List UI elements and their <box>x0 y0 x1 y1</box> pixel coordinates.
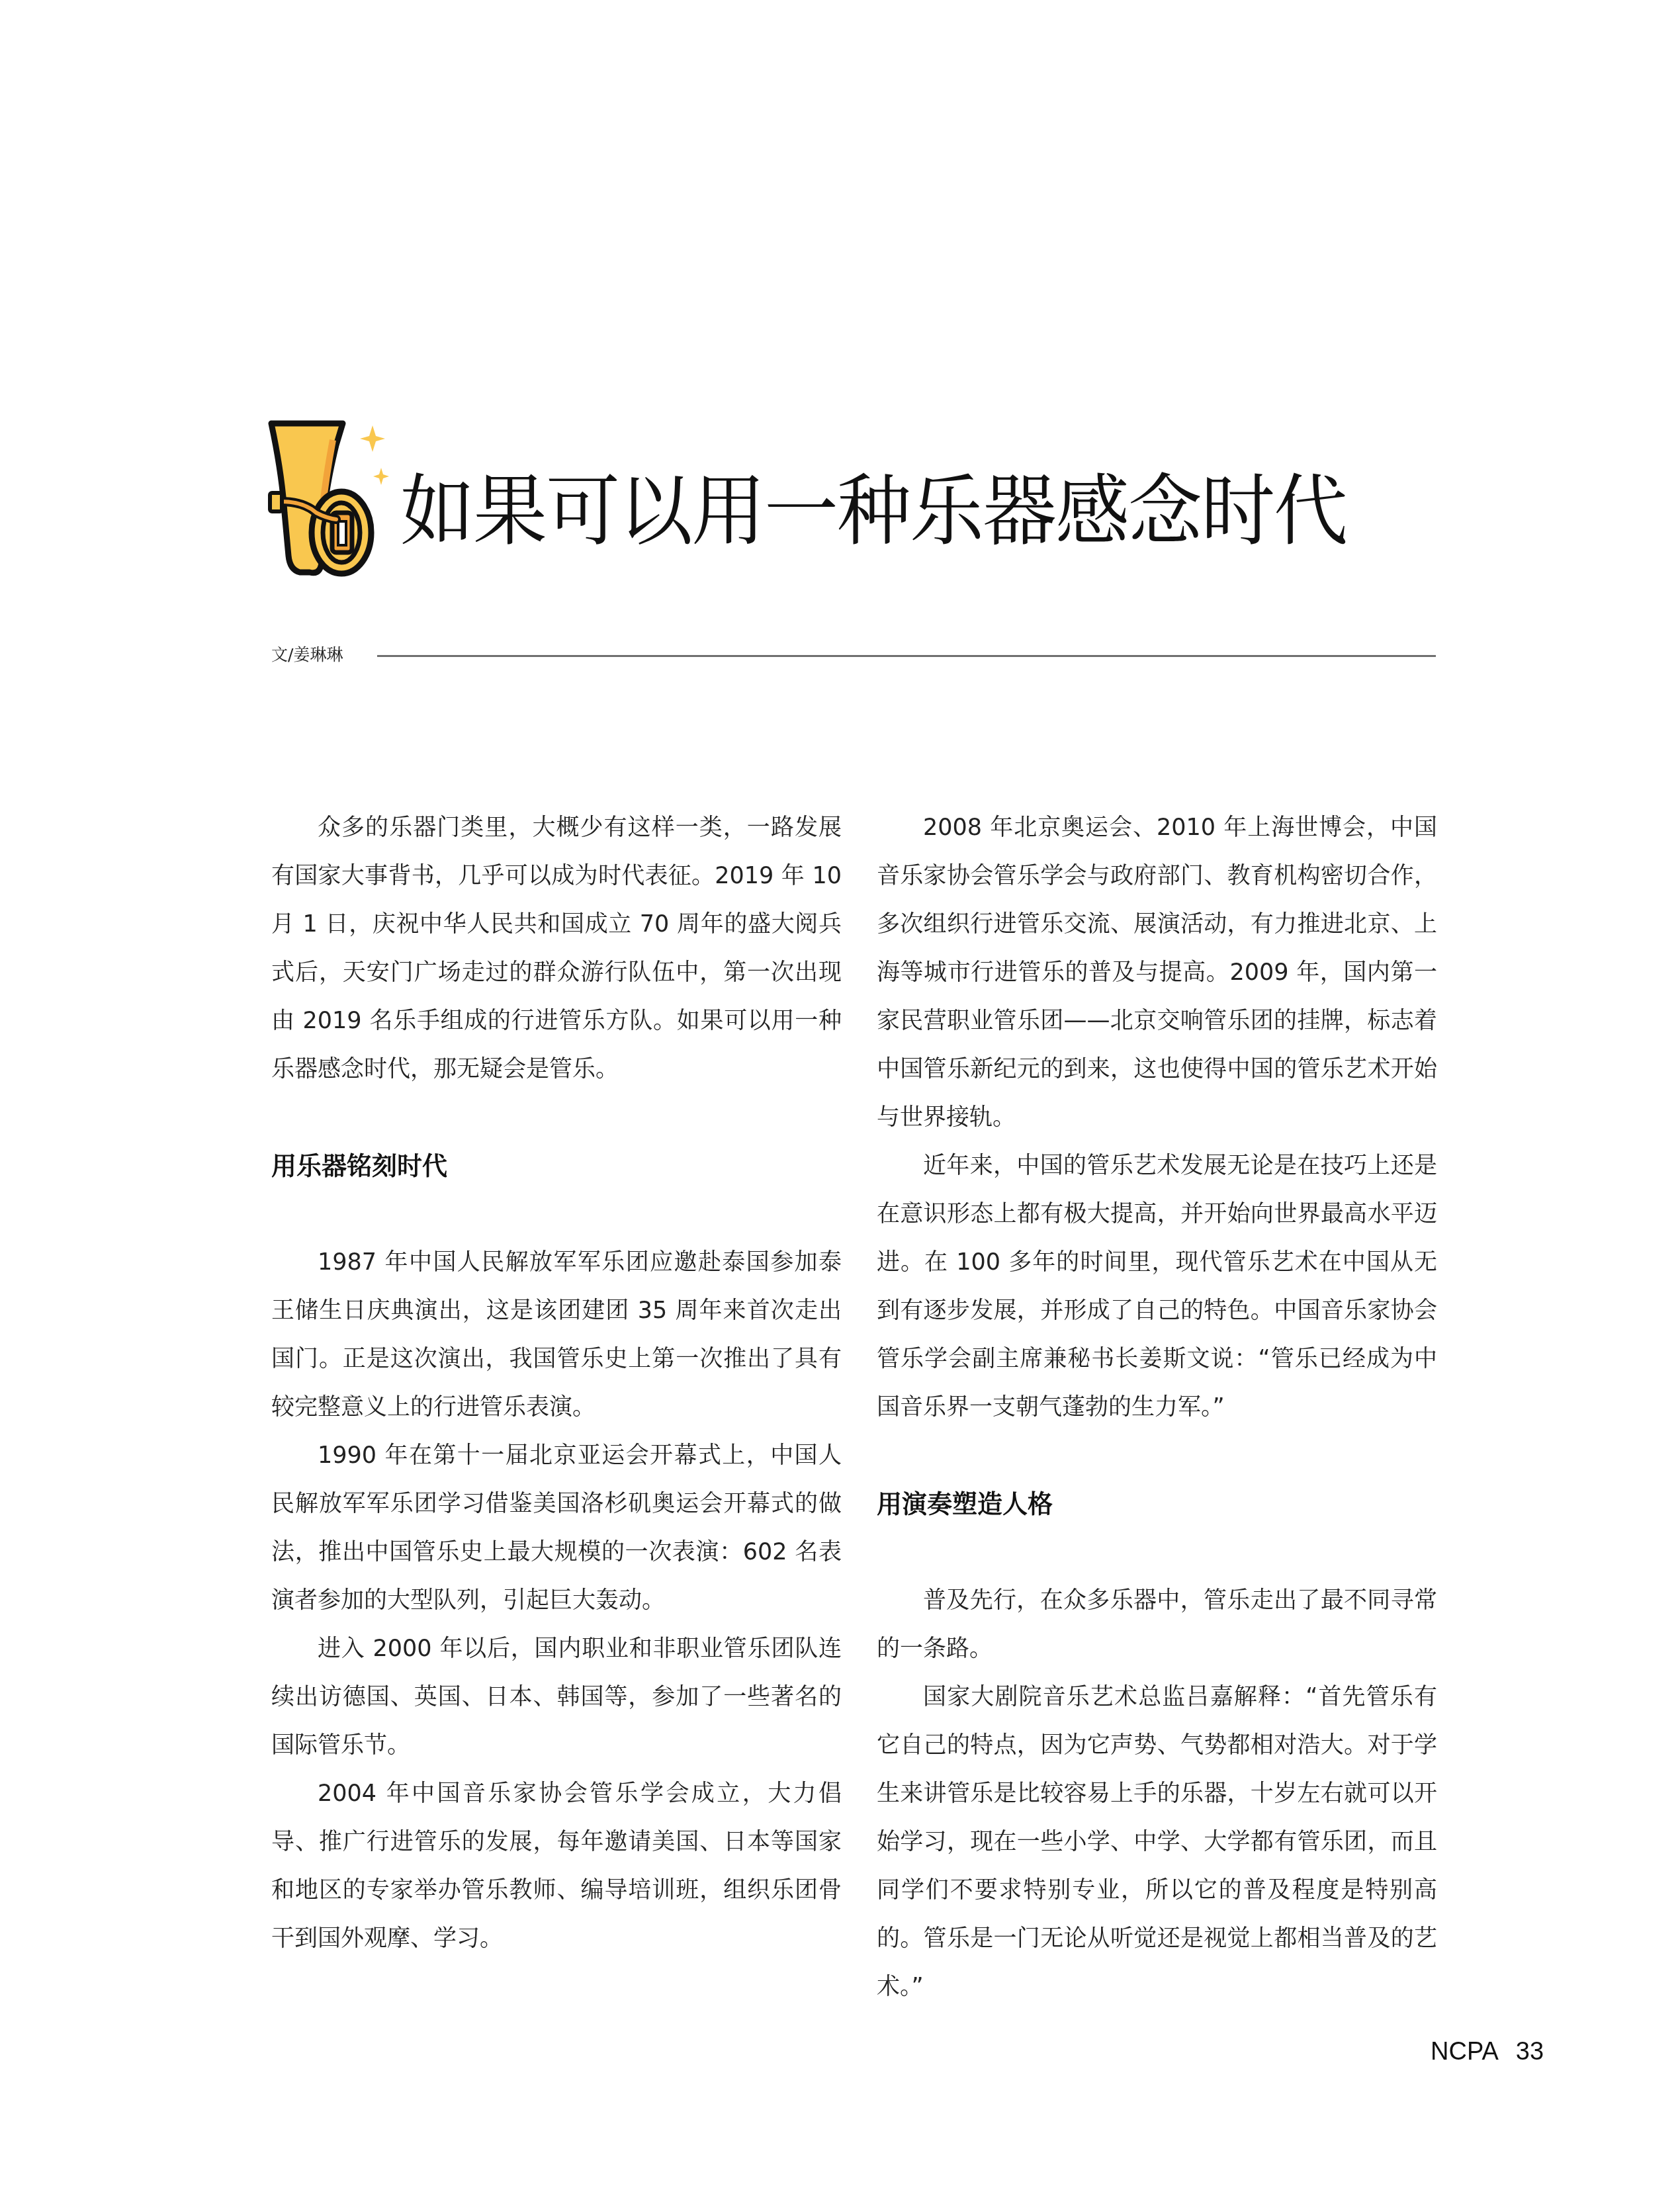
paragraph: 普及先行，在众多乐器中，管乐走出了最不同寻常的一条路。 <box>877 1577 1437 1673</box>
page-footer: NCPA33 <box>1431 2038 1544 2066</box>
paragraph: 进入 2000 年以后，国内职业和非职业管乐团队连续出访德国、英国、日本、韩国等… <box>271 1625 842 1770</box>
author-byline: 文/姜琳琳 <box>271 642 343 668</box>
section-heading-2: 用演奏塑造人格 <box>877 1480 1437 1528</box>
paragraph: 2008 年北京奥运会、2010 年上海世博会，中国音乐家协会管乐学会与政府部门… <box>877 804 1437 1142</box>
paragraph: 国家大剧院音乐艺术总监吕嘉解释：“首先管乐有它自己的特点，因为它声势、气势都相对… <box>877 1673 1437 2011</box>
page-number: 33 <box>1516 2038 1544 2066</box>
publication-name: NCPA <box>1431 2038 1499 2066</box>
paragraph: 1990 年在第十一届北京亚运会开幕式上，中国人民解放军军乐团学习借鉴美国洛杉矶… <box>271 1432 842 1625</box>
paragraph: 2004 年中国音乐家协会管乐学会成立，大力倡导、推广行进管乐的发展，每年邀请美… <box>271 1770 842 1963</box>
right-column: 2008 年北京奥运会、2010 年上海世博会，中国音乐家协会管乐学会与政府部门… <box>877 804 1437 2011</box>
left-column: 众多的乐器门类里，大概少有这样一类，一路发展有国家大事背书，几乎可以成为时代表征… <box>271 804 842 1963</box>
divider-rule <box>377 655 1436 657</box>
paragraph: 1987 年中国人民解放军军乐团应邀赴泰国参加泰王储生日庆典演出，这是该团建团 … <box>271 1239 842 1432</box>
intro-paragraph: 众多的乐器门类里，大概少有这样一类，一路发展有国家大事背书，几乎可以成为时代表征… <box>271 804 842 1094</box>
section-heading-1: 用乐器铭刻时代 <box>271 1142 842 1190</box>
byline-row: 文/姜琳琳 <box>271 642 1436 668</box>
article-title: 如果可以用一种乐器感念时代 <box>400 466 1347 557</box>
paragraph: 近年来，中国的管乐艺术发展无论是在技巧上还是在意识形态上都有极大提高，并开始向世… <box>877 1142 1437 1432</box>
tuba-icon <box>263 414 402 582</box>
